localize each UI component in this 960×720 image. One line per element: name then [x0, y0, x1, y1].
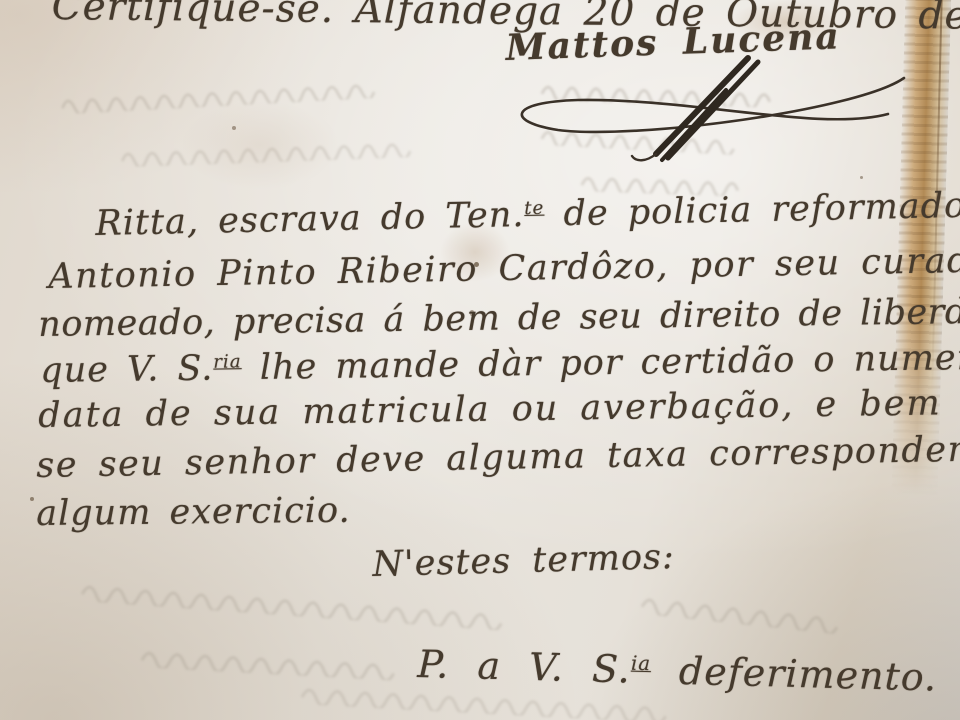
bleed-through-text	[60, 76, 381, 115]
manuscript-photo: Certifique-se. Alfandega 20 de Outubro d…	[0, 0, 960, 720]
closing-formula: N'estes termos:	[372, 537, 675, 585]
body-line-5: data de sua matricula ou averbação, e be…	[38, 382, 960, 436]
superscript-abbreviation: te	[524, 198, 545, 219]
ink-speck	[860, 176, 863, 179]
body-line-4: que V. S.ria lhe mande dàr por certidão …	[40, 337, 960, 391]
superscript-abbreviation: ria	[213, 351, 242, 372]
petition-request-text: P. a V. S.	[417, 642, 632, 692]
bleed-through-text	[120, 135, 421, 167]
body-line-1-text: de policia reformado	[544, 186, 960, 235]
body-line-1-text: Ritta, escrava do Ten.	[95, 195, 525, 244]
body-line-6: se seu senhor deve alguma taxa correspon…	[36, 428, 960, 486]
bleed-through-text	[140, 643, 401, 681]
ink-speck	[232, 126, 236, 130]
bleed-through-text	[639, 590, 840, 635]
petition-request-text: deferimento.	[650, 648, 937, 699]
superscript-abbreviation: ia	[631, 652, 652, 676]
body-line-1: Ritta, escrava do Ten.te de policia refo…	[95, 186, 960, 244]
body-line-4-text: lhe mande dàr por certidão o numero e	[241, 337, 960, 388]
body-line-2: Antonio Pinto Ribeiro Cardôzo, por seu c…	[48, 240, 960, 297]
bleed-through-text	[80, 577, 511, 631]
ink-speck	[30, 497, 34, 501]
body-line-3: nomeado, precisa á bem de seu direito de…	[38, 291, 960, 345]
body-line-7: algum exercicio.	[36, 491, 351, 534]
body-line-4-text: que V. S.	[40, 349, 214, 391]
signature-flourish	[486, 50, 910, 166]
